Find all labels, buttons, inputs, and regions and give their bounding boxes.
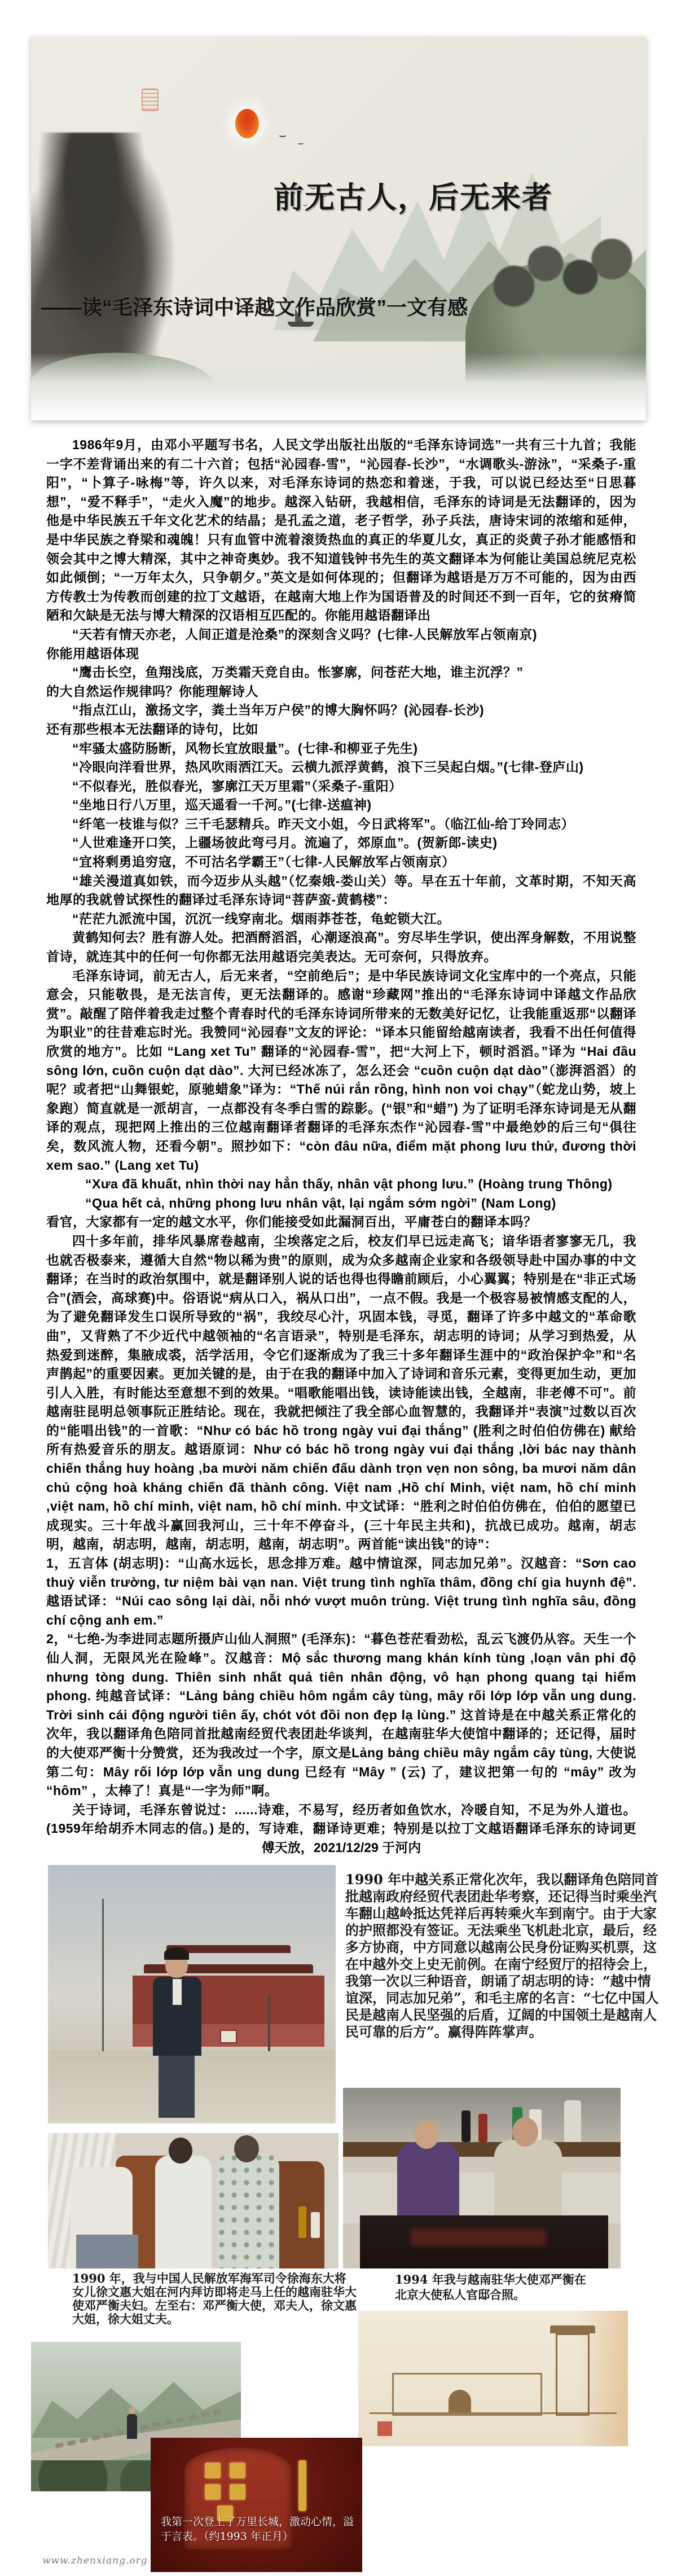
bottle-icon: [478, 2114, 487, 2142]
caption-sofa-photo: 1994 年我与越南驻华大使邓严衡在北京大使私人官邸合照。: [395, 2272, 590, 2302]
person-legs: [159, 2056, 195, 2118]
article-paragraph: 黄鹤知何去？胜有游人处。把酒酹滔滔，心潮逐浪高”。穷尽毕生学识，使出浑身解数，不…: [46, 928, 636, 966]
tower-sketch-icon: [556, 2333, 590, 2416]
water-mist: [31, 353, 646, 420]
photo-chairs-group: [48, 2133, 338, 2268]
person-face: [512, 2117, 538, 2147]
article-paragraph: “纤笔一枝谁与似？三千毛瑟精兵。昨天文小姐，今日武将军”。（临江仙-给丁玲同志）: [46, 815, 636, 834]
photo-sofa-meeting: [343, 2088, 621, 2268]
article-paragraph: “不似春光，胜似春光，寥廓江天万里霜”（采桑子-重阳）: [46, 777, 636, 796]
thermos-icon: [564, 2100, 581, 2142]
caption-great-wall-overlay: 我第一次登上了万里长城，激动心情，溢于言表。（约1993 年正月）: [161, 2514, 355, 2544]
article-paragraph: 1，五言体 (胡志明)：“山高水远长，思念排万难。越中情谊深，同志加兄弟”。汉越…: [46, 1554, 636, 1630]
right-ink-trees-icon: [482, 223, 640, 313]
person-face: [169, 2138, 192, 2164]
gold-inscription-column-icon: [298, 2460, 306, 2511]
gate-portrait-icon: [220, 2030, 237, 2043]
author-signature: 傅天放，2021/12/29 于河内: [46, 1837, 636, 1856]
page-subtitle: ——读“毛泽东诗词中译越文作品欣赏”一文有感: [41, 292, 468, 321]
article-paragraph: “天若有情天亦老，人间正道是沧桑”的深刻含义吗？(七律-人民解放军占领南京): [46, 625, 636, 644]
article-paragraph: “牢骚太盛防肠断，风物长宜放眼量”。(七律-和柳亚子先生): [46, 739, 636, 758]
caption-chairs-photo: 1990 年，我与中国人民解放军海军司令徐海东大将女儿徐文惠大姐在河内拜访即将走…: [72, 2272, 357, 2326]
red-seal-icon: [377, 2421, 392, 2436]
person-standing: [127, 2414, 137, 2439]
article-paragraph: 的大自然运作规律吗？你能理解诗人: [46, 682, 636, 701]
article-paragraph: “Xưa đã khuất, nhìn thời nay hẳn thấy, n…: [46, 1175, 636, 1194]
site-watermark: www.zhenxiang.org: [42, 2555, 148, 2566]
gold-inscription-icon: [230, 2463, 245, 2478]
article-paragraph: “坐地日行八万里，巡天遥看一千河。”(七律-送瘟神): [46, 796, 636, 815]
article-paragraph: 四十多年前，排华风暴席卷越南，尘埃落定之后，校友们早已远走高飞；谙华语者寥寥无几…: [46, 1232, 636, 1554]
bottle-icon: [298, 2206, 306, 2238]
bird-icon: [297, 140, 305, 144]
handwritten-note: 1990 年中越关系正常化次年，我以翻译角色陪同首批越南政府经贸代表团赴华考察，…: [345, 1871, 660, 2040]
artist-seal-icon: [142, 89, 159, 111]
gate-arch-icon: [449, 2390, 471, 2412]
article-paragraph: “雄关漫道真如铁，而今迈步从头越”（忆秦娥-娄山关）等。早在五十年前，文革时期，…: [46, 872, 636, 910]
article-paragraph: “宜将剩勇追穷寇，不可沽名学霸王”（七律-人民解放军占领南京）: [46, 853, 636, 872]
header-painting: 前无古人，后无来者 ——读“毛泽东诗词中译越文作品欣赏”一文有感: [31, 37, 646, 420]
photo-red-monument: 我第一次登上了万里长城，激动心情，溢于言表。（约1993 年正月）: [151, 2438, 362, 2572]
person-patterned-dress: [217, 2153, 279, 2268]
person-face: [129, 2407, 135, 2414]
article-paragraph: 你能用越语体现: [46, 644, 636, 664]
article-paragraph: 2，“七绝-为李进同志题所摄庐山仙人洞照” (毛泽东)：“暮色苍茫看劲松，乱云飞…: [46, 1630, 636, 1800]
article-paragraph: “人世难逢开口笑，上疆场彼此弯弓月。流遍了，郊原血”。(贺新郎-读史): [46, 833, 636, 853]
article-paragraph: “鹰击长空，鱼翔浅底，万类霜天竞自由。怅寥廓，问苍茫大地，谁主沉浮？”: [46, 663, 636, 682]
person-legs: [76, 2235, 138, 2268]
person-purple-jacket: [397, 2142, 459, 2215]
boat-icon: [288, 322, 314, 327]
article-paragraph: 毛泽东诗词，前无古人，后无来者，“空前绝后”；是中华民族诗词文化宝库中的一个亮点…: [46, 967, 636, 1175]
gold-inscription-icon: [205, 2484, 221, 2500]
article-paragraph: “冷眼向洋看世界，热风吹雨洒江天。云横九派浮黄鹤，浪下三吴起白烟。”(七律-登庐…: [46, 758, 636, 777]
cabinet-bar: [343, 2142, 621, 2157]
person-white-dress: [155, 2156, 212, 2268]
article-paragraph: “Qua hết cả, những phong lưu nhân vật, l…: [46, 1194, 636, 1213]
bird-icon: [278, 131, 287, 137]
table-reflection: [411, 2229, 546, 2246]
article-paragraph: 还有那些根本无法翻译的诗句，比如: [46, 720, 636, 739]
article-paragraph: 看官，大家都有一定的越文水平，你们能接受如此漏洞百出，平庸苍白的翻译本吗？: [46, 1213, 636, 1232]
cup-icon: [311, 2212, 320, 2238]
article-body: 1986年9月，由邓小平题写书名，人民文学出版社出版的“毛泽东诗词选”一共有三十…: [46, 436, 636, 1835]
bottle-icon: [461, 2110, 471, 2142]
person-hair: [164, 1947, 189, 1960]
tower-roof-icon: [550, 2325, 595, 2333]
person-gray-suit: [494, 2140, 562, 2217]
article-paragraph: 关于诗词，毛泽东曾说过：......诗难，不易写，经历者如鱼饮水，冷暖自知，不足…: [46, 1801, 636, 1835]
article-paragraph: 1986年9月，由邓小平题写书名，人民文学出版社出版的“毛泽东诗词选”一共有三十…: [46, 436, 636, 625]
person-face: [414, 2121, 439, 2149]
article-paragraph: “指点江山，激扬文字，粪土当年万户侯”的博大胸怀吗？(沁园春-长沙): [46, 701, 636, 720]
person-shirt: [173, 1979, 182, 2005]
photo-tiananmen: [48, 1865, 336, 2123]
photo-sepia-drawing: [358, 2311, 628, 2446]
page-title: 前无古人，后无来者: [274, 174, 553, 217]
article-paragraph: “茫茫九派流中国，沉沉一线穿南北。烟雨莽苍苍，龟蛇锁大江。: [46, 910, 636, 929]
person-face: [234, 2135, 259, 2162]
gold-inscription-icon: [230, 2484, 245, 2500]
flag-pole-icon: [102, 1899, 104, 2051]
lamp-post-icon: [268, 1995, 270, 2051]
gold-inscription-icon: [205, 2463, 221, 2478]
red-sun-icon: [235, 109, 259, 138]
